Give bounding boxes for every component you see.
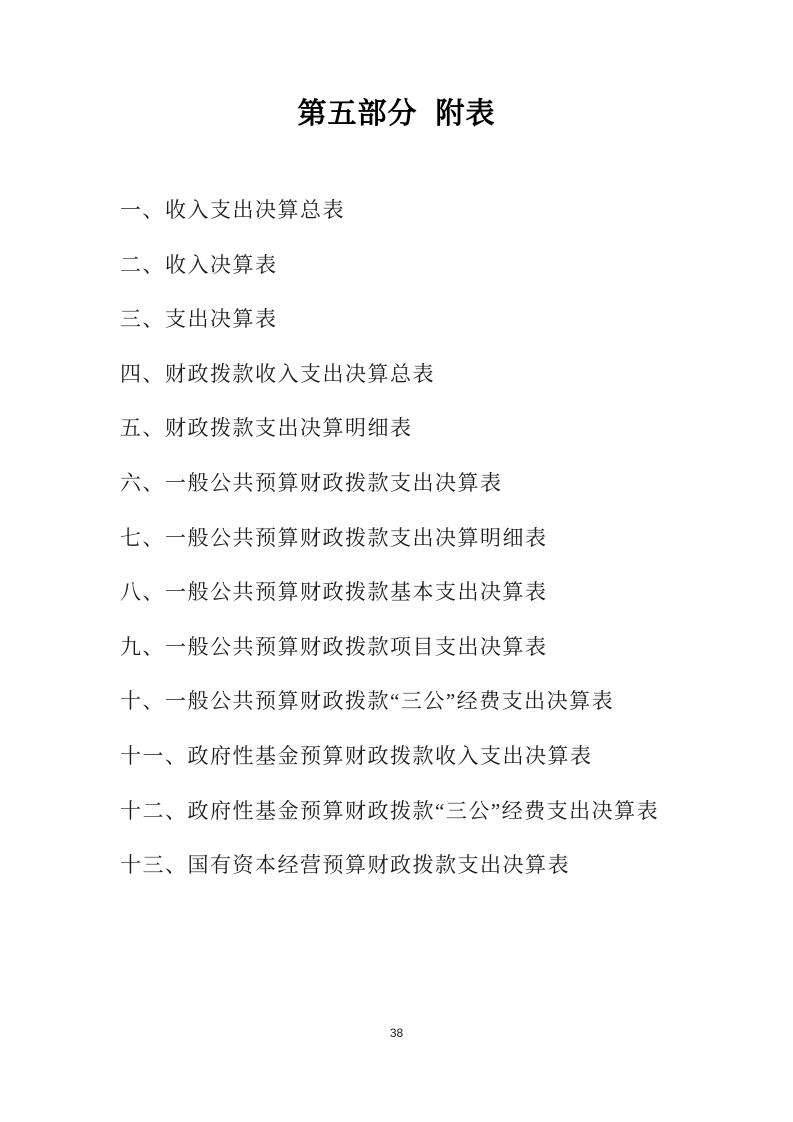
list-item: 一、收入支出决算总表 (120, 199, 733, 221)
list-item: 三、支出决算表 (120, 308, 733, 330)
list-item: 二、收入决算表 (120, 254, 733, 276)
list-item: 六、一般公共预算财政拨款支出决算表 (120, 472, 733, 494)
list-item: 十、一般公共预算财政拨款“三公”经费支出决算表 (120, 690, 733, 712)
list-item: 四、财政拨款收入支出决算总表 (120, 363, 733, 385)
document-page: 第五部分 附表 一、收入支出决算总表 二、收入决算表 三、支出决算表 四、财政拨… (0, 0, 793, 1122)
list-item: 八、一般公共预算财政拨款基本支出决算表 (120, 581, 733, 603)
list-item: 十一、政府性基金预算财政拨款收入支出决算表 (120, 745, 733, 767)
list-item: 九、一般公共预算财政拨款项目支出决算表 (120, 636, 733, 658)
page-title: 第五部分 附表 (0, 96, 793, 132)
list-item: 十三、国有资本经营预算财政拨款支出决算表 (120, 854, 733, 876)
list-item: 五、财政拨款支出决算明细表 (120, 417, 733, 439)
list-item: 七、一般公共预算财政拨款支出决算明细表 (120, 527, 733, 549)
list-item: 十二、政府性基金预算财政拨款“三公”经费支出决算表 (120, 800, 733, 822)
table-list: 一、收入支出决算总表 二、收入决算表 三、支出决算表 四、财政拨款收入支出决算总… (120, 199, 733, 909)
page-number: 38 (0, 1026, 793, 1040)
